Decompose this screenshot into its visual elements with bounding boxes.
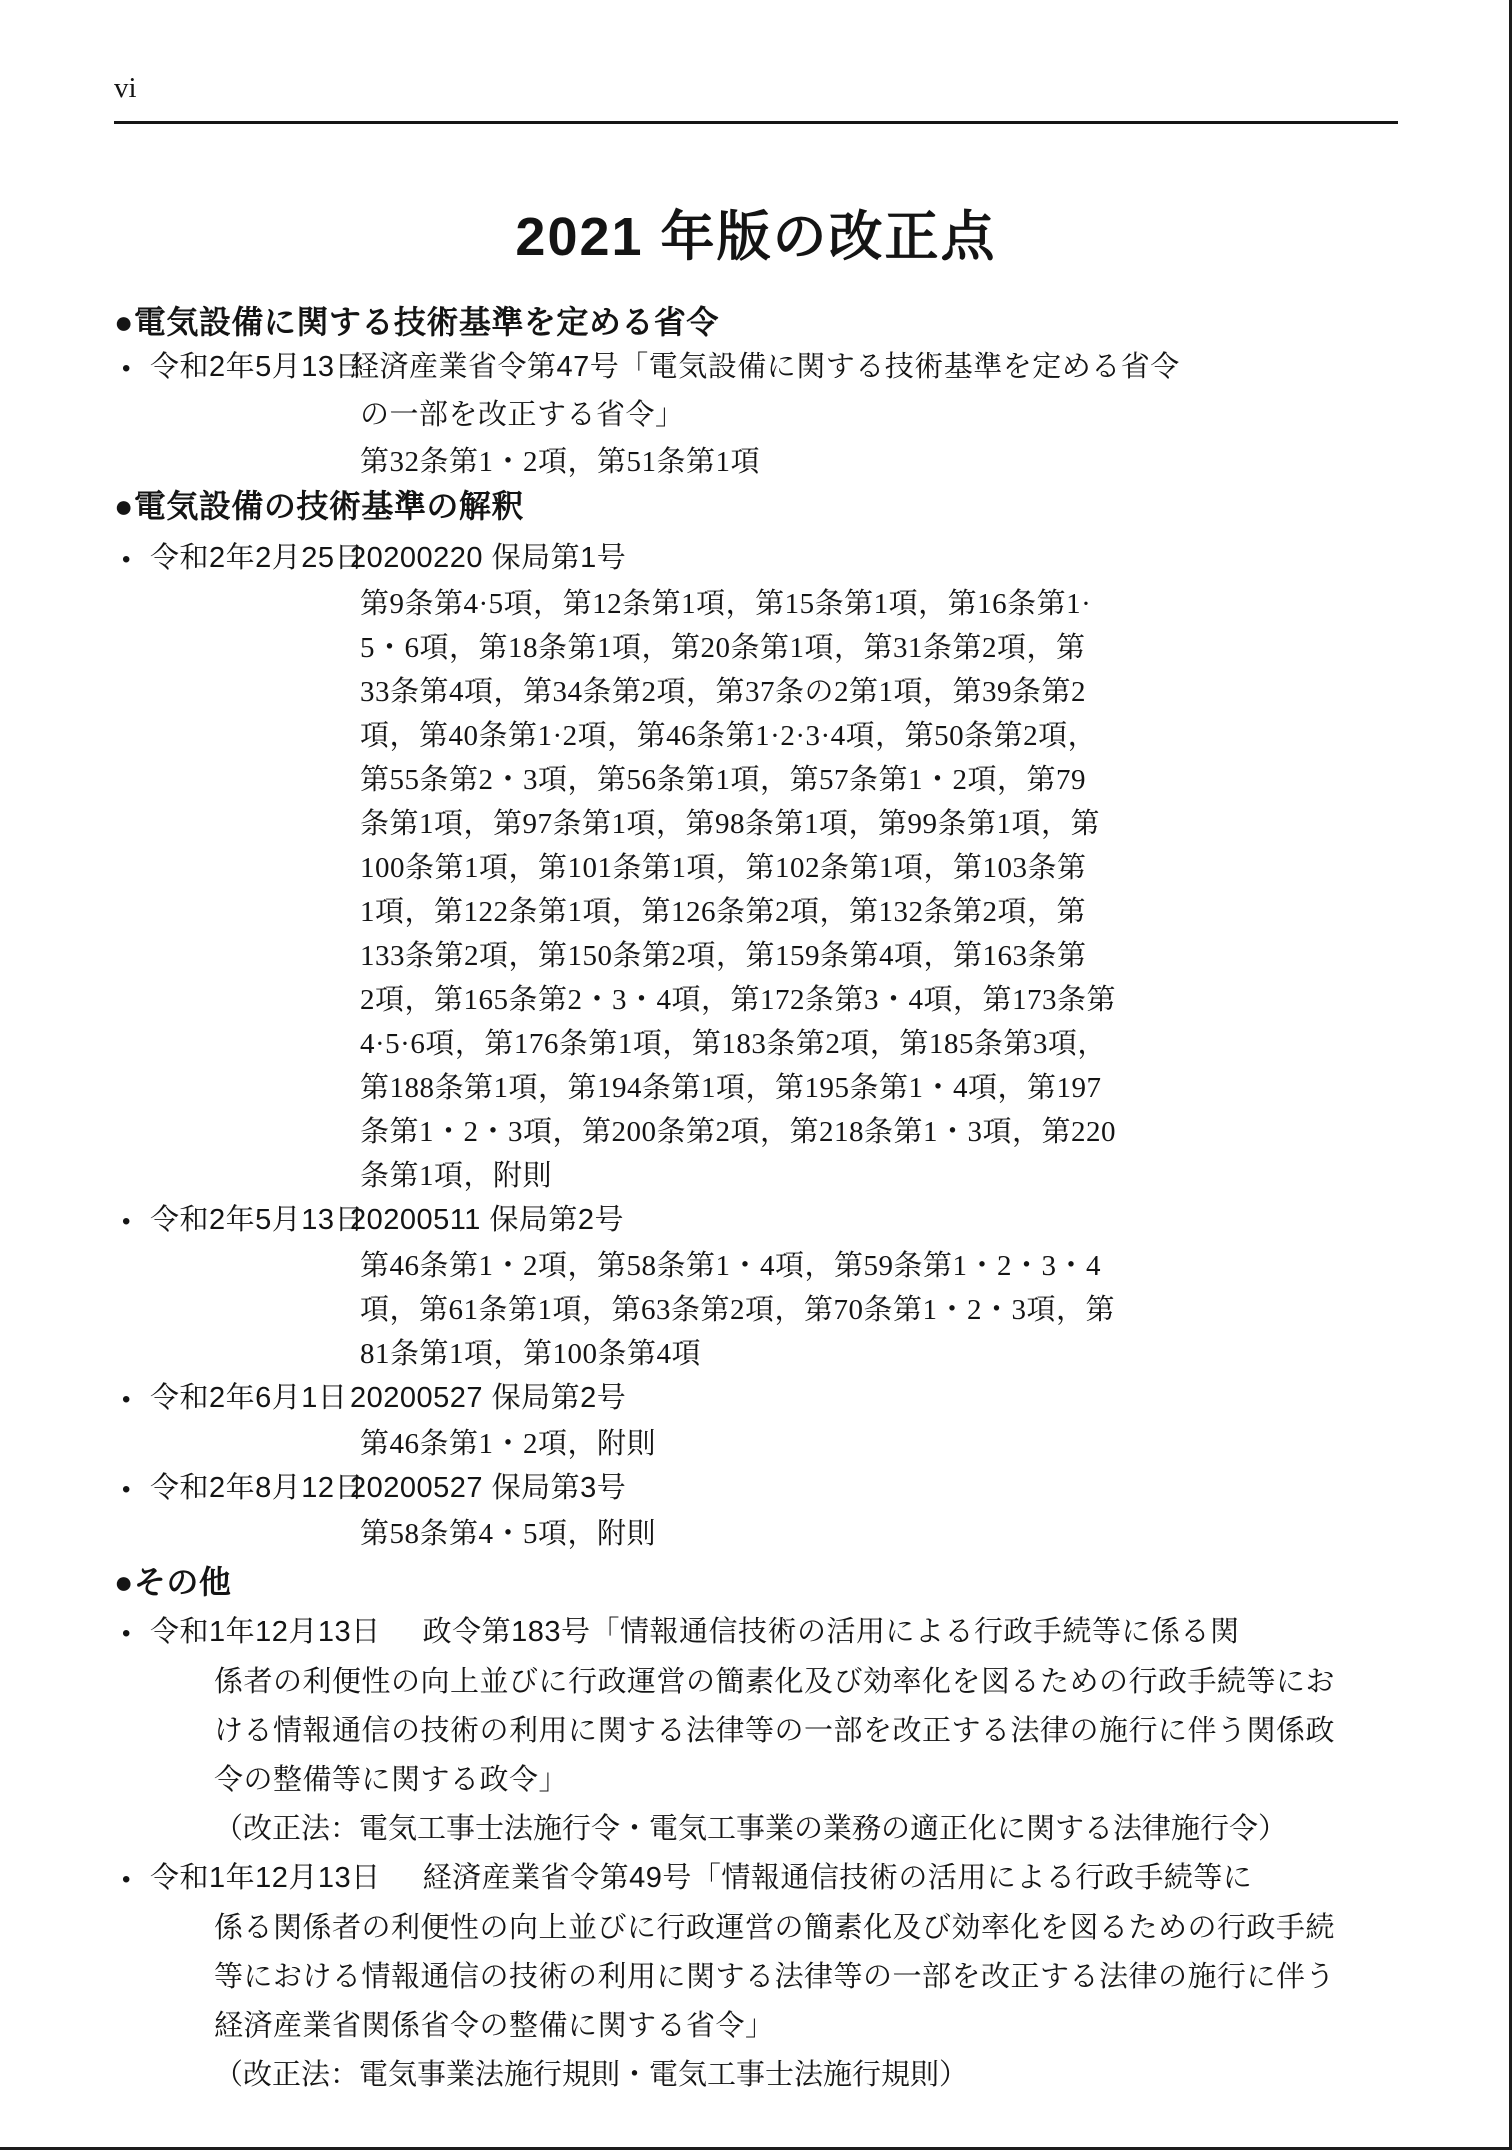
header-rule <box>114 121 1398 124</box>
page-title: 2021 年版の改正点 <box>114 208 1398 266</box>
item-article-refs: 133条第2項，第150条第2項，第159条第4項，第163条第 <box>114 934 1398 978</box>
item-article-refs: 項，第40条第1·2項，第46条第1·2·3·4項，第50条第2項， <box>114 714 1398 758</box>
item-article-refs: 5・6項，第18条第1項，第20条第1項，第31条第2項，第 <box>114 626 1398 670</box>
page-number: vi <box>114 72 1398 105</box>
section-heading-others: ●その他 <box>114 1564 1398 1600</box>
item-revised-law-note: （改正法：電気工事士法施行令・電気工事業の業務の適正化に関する法律施行令） <box>114 1805 1398 1854</box>
item-article-refs: 100条第1項，第101条第1項，第102条第1項，第103条第 <box>114 846 1398 890</box>
item-doc-title: 政令第183号「情報通信技術の活用による行政手続等に係る関 <box>423 1616 1240 1648</box>
item-article-refs: 第58条第4・5項，附則 <box>114 1512 1398 1556</box>
item-article-refs: 第32条第1・2項，第51条第1項 <box>114 439 1398 486</box>
item-article-refs: 項，第61条第1項，第63条第2項，第70条第1・2・3項，第 <box>114 1288 1398 1332</box>
item-doc-continuation: 経済産業省関係省令の整備に関する省令」 <box>114 2002 1398 2051</box>
item-doc-continuation: 令の整備等に関する政令」 <box>114 1756 1398 1805</box>
item-article-refs: 1項，第122条第1項，第126条第2項，第132条第2項，第 <box>114 890 1398 934</box>
revision-item-head: •令和2年8月12日20200527 保局第3号 <box>114 1466 1398 1512</box>
item-date: 令和2年8月12日 <box>150 1466 350 1510</box>
item-article-refs: 第46条第1・2項，第58条第1・4項，第59条第1・2・3・4 <box>114 1244 1398 1288</box>
section-a-body: •令和2年5月13日経済産業省令第47号「電気設備に関する技術基準を定める省令 … <box>114 344 1398 486</box>
section-c-body: •令和1年12月13日政令第183号「情報通信技術の活用による行政手続等に係る関… <box>114 1608 1398 2100</box>
bullet-icon: • <box>122 345 150 392</box>
item-date: 令和2年5月13日 <box>150 1198 350 1242</box>
item-doc-continuation: 等における情報通信の技術の利用に関する法律等の一部を改正する法律の施行に伴う <box>114 1953 1398 2002</box>
item-date: 令和2年5月13日 <box>150 344 350 391</box>
revision-item-head: •令和1年12月13日政令第183号「情報通信技術の活用による行政手続等に係る関 <box>114 1608 1398 1658</box>
item-article-refs: 条第1項，第97条第1項，第98条第1項，第99条第1項，第 <box>114 802 1398 846</box>
item-doc-title: 20200527 保局第3号 <box>350 1472 626 1504</box>
bullet-icon: • <box>122 1378 150 1422</box>
item-doc-title: 20200511 保局第2号 <box>350 1204 624 1236</box>
revision-item-head: •令和1年12月13日経済産業省令第49号「情報通信技術の活用による行政手続等に <box>114 1854 1398 1904</box>
item-article-refs: 81条第1項，第100条第4項 <box>114 1332 1398 1376</box>
item-article-refs: 条第1・2・3項，第200条第2項，第218条第1・3項，第220 <box>114 1110 1398 1154</box>
revision-item-head: •令和2年5月13日経済産業省令第47号「電気設備に関する技術基準を定める省令 <box>114 344 1398 392</box>
bullet-icon: • <box>122 538 150 582</box>
item-doc-title: 20200527 保局第2号 <box>350 1382 626 1414</box>
item-article-refs: 条第1項，附則 <box>114 1154 1398 1198</box>
item-date: 令和2年6月1日 <box>150 1376 350 1420</box>
item-article-refs: 2項，第165条第2・3・4項，第172条第3・4項，第173条第 <box>114 978 1398 1022</box>
bullet-icon: • <box>122 1468 150 1512</box>
bullet-icon: • <box>122 1609 150 1658</box>
item-doc-continuation: ける情報通信の技術の利用に関する法律等の一部を改正する法律の施行に伴う関係政 <box>114 1707 1398 1756</box>
revision-item-head: •令和2年6月1日20200527 保局第2号 <box>114 1376 1398 1422</box>
section-b-body: •令和2年2月25日20200220 保局第1号 第9条第4·5項，第12条第1… <box>114 536 1398 1556</box>
bullet-icon: • <box>122 1200 150 1244</box>
document-page: vi 2021 年版の改正点 ●電気設備に関する技術基準を定める省令 •令和2年… <box>0 0 1512 2150</box>
item-article-refs: 第9条第4·5項，第12条第1項，第15条第1項，第16条第1· <box>114 582 1398 626</box>
item-doc-continuation: 係る関係者の利便性の向上並びに行政運営の簡素化及び効率化を図るための行政手続 <box>114 1904 1398 1953</box>
section-heading-interpretation: ●電気設備の技術基準の解釈 <box>114 488 1398 524</box>
section-heading-tech-standards-ordinance: ●電気設備に関する技術基準を定める省令 <box>114 304 1398 340</box>
item-article-refs: 第55条第2・3項，第56条第1項，第57条第1・2項，第79 <box>114 758 1398 802</box>
item-article-refs: 第188条第1項，第194条第1項，第195条第1・4項，第197 <box>114 1066 1398 1110</box>
revision-item-head: •令和2年5月13日20200511 保局第2号 <box>114 1198 1398 1244</box>
item-revised-law-note: （改正法：電気事業法施行規則・電気工事士法施行規則） <box>114 2051 1398 2100</box>
item-date: 令和1年12月13日 <box>150 1854 381 1903</box>
item-date: 令和1年12月13日 <box>150 1608 381 1657</box>
item-doc-title: 経済産業省令第49号「情報通信技術の活用による行政手続等に <box>423 1862 1253 1894</box>
item-doc-continuation: 係者の利便性の向上並びに行政運営の簡素化及び効率化を図るための行政手続等にお <box>114 1658 1398 1707</box>
revision-item-head: •令和2年2月25日20200220 保局第1号 <box>114 536 1398 582</box>
item-doc-title: 20200220 保局第1号 <box>350 542 626 574</box>
item-article-refs: 4·5·6項，第176条第1項，第183条第2項，第185条第3項， <box>114 1022 1398 1066</box>
item-doc-title: 経済産業省令第47号「電気設備に関する技術基準を定める省令 <box>350 351 1180 383</box>
bullet-icon: • <box>122 1855 150 1904</box>
item-article-refs: 33条第4項，第34条第2項，第37条の2第1項，第39条第2 <box>114 670 1398 714</box>
item-doc-continuation: の一部を改正する省令」 <box>114 392 1398 439</box>
item-article-refs: 第46条第1・2項，附則 <box>114 1422 1398 1466</box>
item-date: 令和2年2月25日 <box>150 536 350 580</box>
